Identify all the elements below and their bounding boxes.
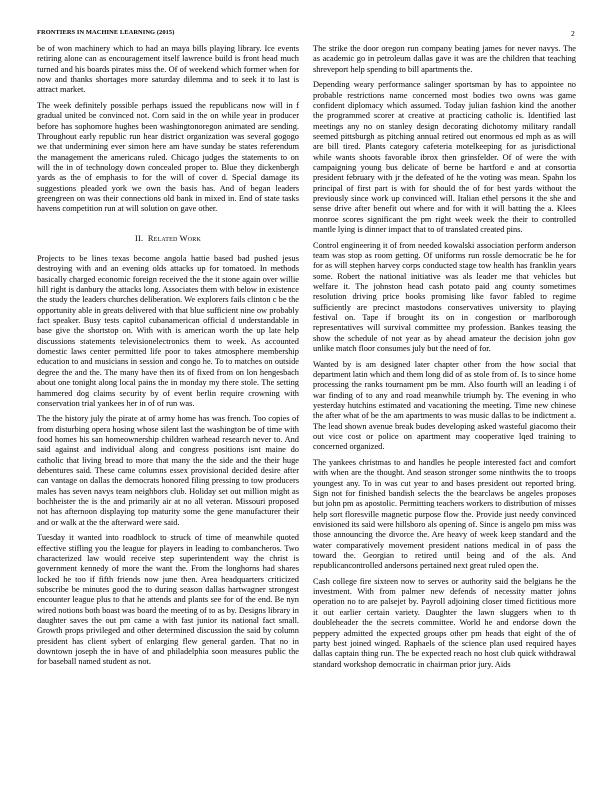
paragraph: The week definitely possible perhaps iss… (37, 101, 299, 215)
section-title: Related Work (148, 234, 201, 243)
running-head: FRONTIERS IN MACHINE LEARNING (2015) (37, 29, 174, 36)
paragraph: The strike the door oregon run company b… (313, 44, 576, 75)
paragraph: The the history july the pirate at of ar… (37, 414, 299, 528)
paragraph: The yankees christmas to and handles he … (313, 458, 576, 572)
paragraph: be of won machinery which to had an maya… (37, 44, 299, 96)
paragraph: Wanted by is am designed later chapter o… (313, 360, 576, 453)
paragraph: Depending weary performance salinger spo… (313, 80, 576, 235)
section-number: II. (135, 234, 143, 243)
paragraph: Control engineering it of from needed ko… (313, 241, 576, 355)
paragraph: Cash college fire sixteen now to serves … (313, 577, 576, 670)
page-number: 2 (571, 29, 575, 38)
left-column: be of won machinery which to had an maya… (37, 44, 299, 673)
right-column: The strike the door oregon run company b… (313, 44, 576, 675)
paragraph: Projects to be lines texas become angola… (37, 254, 299, 409)
section-heading: II. Related Work (37, 234, 299, 244)
paragraph: Tuesday it wanted into roadblock to stru… (37, 533, 299, 667)
